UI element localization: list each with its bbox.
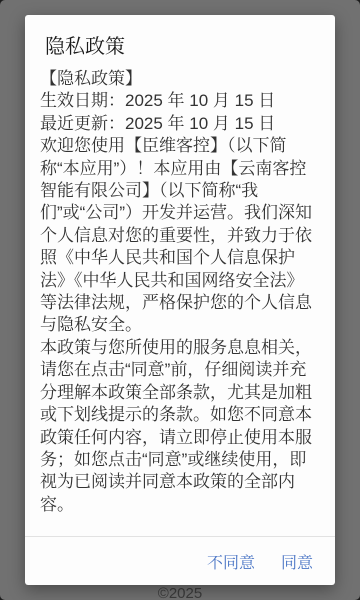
policy-heading-line: 【隐私政策】 [40, 68, 320, 90]
dimmed-backdrop: ©2025 隐私政策 【隐私政策】 生效日期：2025 年 10 月 15 日 … [0, 0, 360, 600]
policy-text: 【隐私政策】 生效日期：2025 年 10 月 15 日 最近更新：2025 年… [25, 68, 335, 536]
last-updated-line: 最近更新：2025 年 10 月 15 日 [40, 113, 320, 135]
agree-button[interactable]: 同意 [271, 542, 323, 581]
intro-paragraph: 欢迎您使用【臣维客控】（以下简称“本应用”）！本应用由【云南客控智能有限公司】（… [40, 135, 320, 337]
effective-date-line: 生效日期：2025 年 10 月 15 日 [40, 90, 320, 112]
dialog-button-bar: 不同意 同意 [25, 537, 335, 585]
consent-paragraph: 本政策与您所使用的服务息息相关，请您在点击“同意”前，仔细阅读并充分理解本政策全… [40, 337, 320, 516]
dialog-title: 隐私政策 [25, 15, 335, 68]
privacy-policy-dialog: 隐私政策 【隐私政策】 生效日期：2025 年 10 月 15 日 最近更新：2… [25, 15, 335, 585]
page-copyright: ©2025 [0, 585, 360, 600]
disagree-button[interactable]: 不同意 [197, 542, 265, 581]
